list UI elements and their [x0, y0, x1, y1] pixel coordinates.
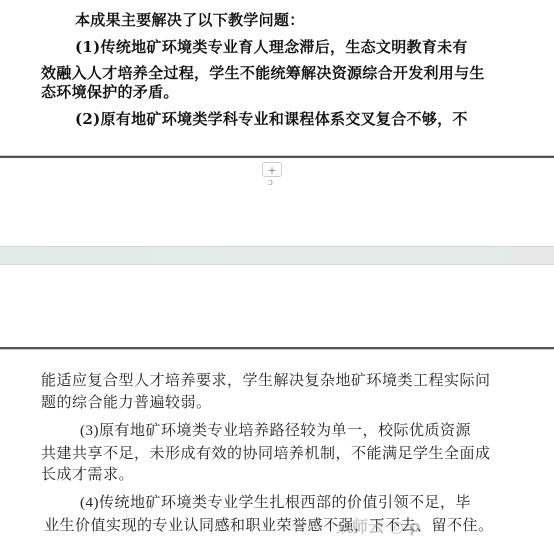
- paragraph-2-line-1: (2)原有地矿环境类学科专业和课程体系交叉复合不够，不: [75, 108, 468, 129]
- paragraph-1-line-2: 效融入人才培养全过程，学生不能统筹解决资源综合开发利用与生: [41, 62, 485, 83]
- paragraph-4-line-2: 业生价值实现的专业认同感和职业荣誉感不强，下不去、留不住。: [44, 514, 494, 535]
- paragraph-3-line-1: (3)原有地矿环境类专业培养路径较为单一，校际优质资源: [80, 419, 471, 440]
- page-edge-shadow-2: [0, 349, 554, 350]
- paragraph-1-line-1: (1)传统地矿环境类专业育人理念滞后，生态文明教育未有: [75, 36, 468, 57]
- page-bottom-border: [0, 156, 554, 158]
- paragraph-4-line-1: (4)传统地矿环境类专业学生扎根西部的价值引领不足，毕: [80, 491, 471, 512]
- paragraph-1-line-3: 态环境保护的矛盾。: [41, 81, 179, 102]
- cursor-icon: ↄ: [268, 178, 273, 188]
- paragraph-3-line-3: 长成才需求。: [41, 463, 134, 484]
- paragraph-2-line-2: 能适应复合型人才培养要求，学生解决复杂地矿环境类工程实际问: [41, 369, 491, 390]
- paragraph-intro: 本成果主要解决了以下教学问题：: [75, 9, 305, 30]
- add-page-button[interactable]: +: [262, 162, 282, 177]
- paragraph-2-line-3: 题的综合能力普遍较弱。: [41, 391, 212, 412]
- watermark-logo: 众师云 ◎ ρ: [336, 514, 421, 537]
- page-gap-bar: [0, 246, 554, 265]
- paragraph-3-line-2: 共建共享不足，未形成有效的协同培养机制，不能满足学生全面成: [41, 442, 491, 463]
- document-page-top: 本成果主要解决了以下教学问题： (1)传统地矿环境类专业育人理念滞后，生态文明教…: [0, 0, 554, 157]
